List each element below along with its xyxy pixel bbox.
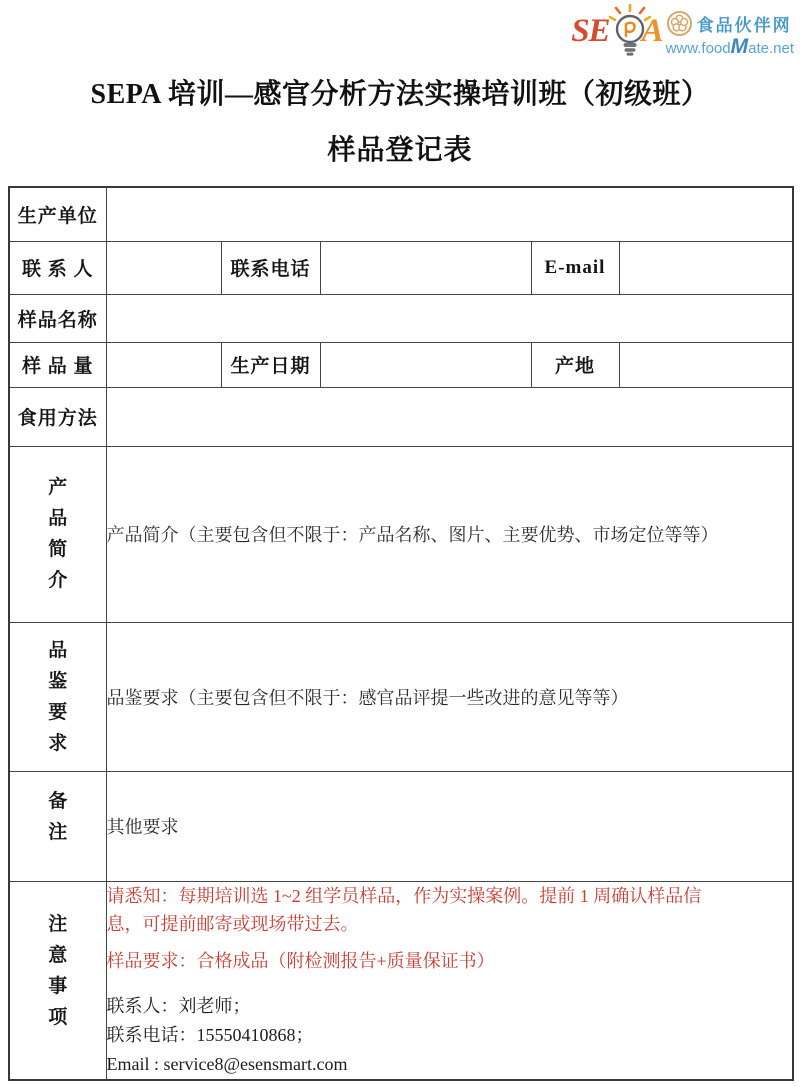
- sample-registration-table: 生产单位 联 系 人 联系电话 E-mail 样品名称 样 品 量 生产日期 产…: [8, 186, 794, 1081]
- remarks-label: 备 注: [9, 771, 106, 881]
- row-contact: 联 系 人 联系电话 E-mail: [9, 241, 793, 294]
- contact-name-line: 联系人：刘老师；: [107, 992, 793, 1021]
- product-intro-label: 产 品 简 介: [9, 446, 106, 622]
- contact-phone-input-cell[interactable]: [320, 241, 531, 294]
- row-eating-method: 食用方法: [9, 387, 793, 446]
- row-tasting-req: 品 鉴 要 求 品鉴要求（主要包含但不限于：感官品评提一些改进的意见等等）: [9, 622, 793, 771]
- eating-method-input-cell[interactable]: [106, 387, 793, 446]
- notes-content-cell: 请悉知：每期培训选 1~2 组学员样品，作为实操案例。提前 1 周确认样品信 息…: [106, 881, 793, 1080]
- contact-person-input-cell[interactable]: [106, 241, 221, 294]
- product-intro-input-cell[interactable]: 产品简介（主要包含但不限于：产品名称、图片、主要优势、市场定位等等）: [106, 446, 793, 622]
- row-sample-name: 样品名称: [9, 294, 793, 342]
- contact-person-label: 联 系 人: [9, 241, 106, 294]
- brand-se-text: SE: [571, 15, 609, 48]
- document-subtitle: 样品登记表: [0, 128, 800, 168]
- sample-name-input-cell[interactable]: [106, 294, 793, 342]
- tasting-req-input-cell[interactable]: 品鉴要求（主要包含但不限于：感官品评提一些改进的意见等等）: [106, 622, 793, 771]
- row-producer: 生产单位: [9, 187, 793, 241]
- site-url: www.foodMate.net: [666, 38, 794, 57]
- remarks-input-cell[interactable]: 其他要求: [106, 771, 793, 881]
- site-url-suffix: ate.net: [748, 40, 794, 57]
- email-label: E-mail: [531, 241, 619, 294]
- row-sample-qty: 样 品 量 生产日期 产地: [9, 342, 793, 387]
- origin-label: 产地: [531, 342, 619, 387]
- producer-label: 生产单位: [9, 187, 106, 241]
- contact-phone-label: 联系电话: [221, 241, 320, 294]
- site-name: 食品伙伴网: [697, 11, 792, 36]
- contact-info-block: 联系人：刘老师； 联系电话：15550410868； Email : servi…: [107, 992, 793, 1079]
- sample-requirement-red-paragraph: 样品要求：合格成品（附检测报告+质量保证书）: [107, 947, 793, 975]
- row-product-intro: 产 品 简 介 产品简介（主要包含但不限于：产品名称、图片、主要优势、市场定位等…: [9, 446, 793, 622]
- brand-a-text: A: [642, 15, 664, 48]
- sample-name-label: 样品名称: [9, 294, 106, 342]
- document-page: SE A: [0, 0, 800, 1087]
- email-input-cell[interactable]: [619, 241, 793, 294]
- contact-phone-line: 联系电话：15550410868；: [107, 1021, 793, 1050]
- origin-input-cell[interactable]: [619, 342, 793, 387]
- eating-method-label: 食用方法: [9, 387, 106, 446]
- brand-logo: SE A: [571, 4, 794, 58]
- production-date-label: 生产日期: [221, 342, 320, 387]
- notice-red-paragraph: 请悉知：每期培训选 1~2 组学员样品，作为实操案例。提前 1 周确认样品信 息…: [107, 882, 793, 938]
- production-date-input-cell[interactable]: [320, 342, 531, 387]
- sample-qty-label: 样 品 量: [9, 342, 106, 387]
- row-remarks: 备 注 其他要求: [9, 771, 793, 881]
- flower-seal-icon: [666, 10, 693, 37]
- site-url-m: M: [731, 38, 749, 55]
- notice-red-line2: 息，可提前邮寄或现场带过去。: [107, 910, 793, 938]
- producer-input-cell[interactable]: [106, 187, 793, 241]
- contact-email-line: Email : service8@esensmart.com: [107, 1050, 793, 1079]
- tasting-req-label: 品 鉴 要 求: [9, 622, 106, 771]
- document-title: SEPA 培训—感官分析方法实操培训班（初级班）: [0, 72, 800, 112]
- notice-red-line1: 请悉知：每期培训选 1~2 组学员样品，作为实操案例。提前 1 周确认样品信: [107, 882, 793, 910]
- brand-wordmark: SE A: [571, 4, 663, 58]
- notes-label: 注 意 事 项: [9, 881, 106, 1080]
- site-url-prefix: www.food: [666, 40, 731, 57]
- site-identity: 食品伙伴网 www.foodMate.net: [666, 10, 794, 58]
- row-notes: 注 意 事 项 请悉知：每期培训选 1~2 组学员样品，作为实操案例。提前 1 …: [9, 881, 793, 1080]
- sample-qty-input-cell[interactable]: [106, 342, 221, 387]
